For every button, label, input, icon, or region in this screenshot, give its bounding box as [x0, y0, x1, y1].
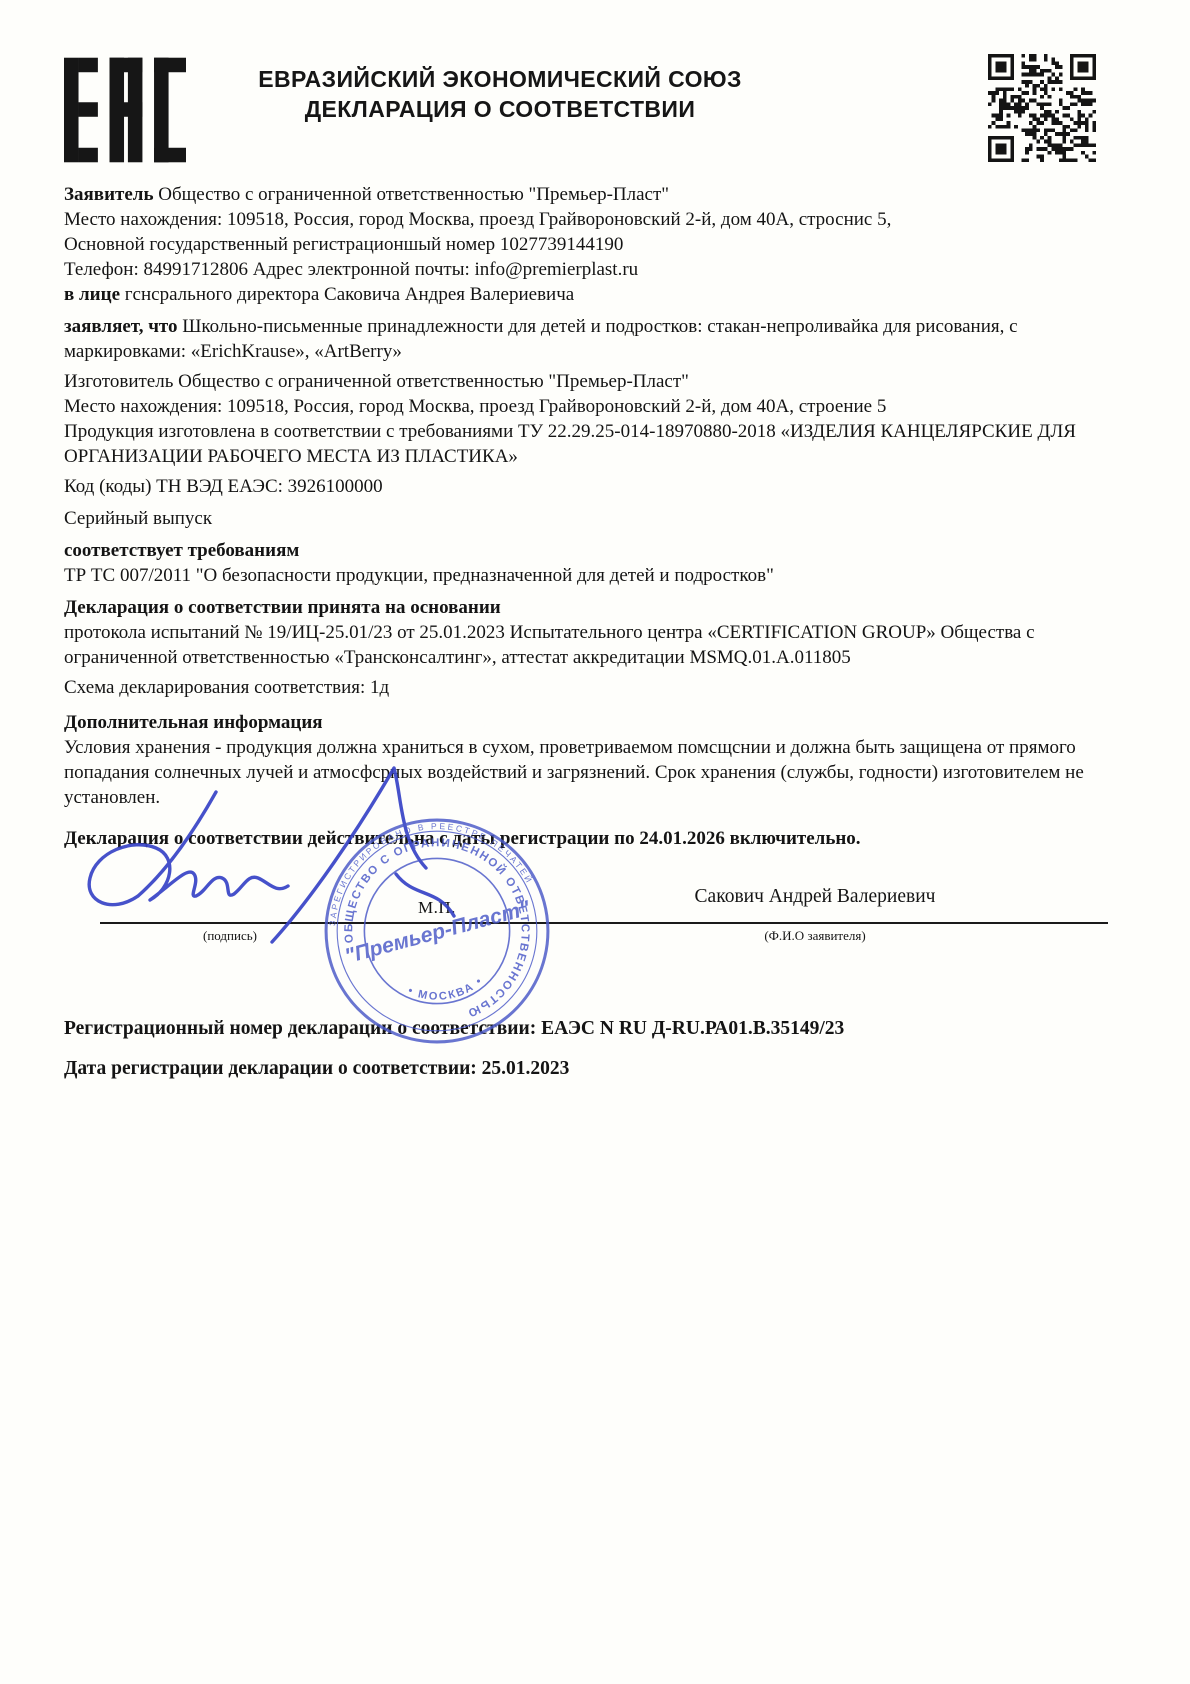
basis-text: протокола испытаний № 19/ИЦ-25.01/23 от …	[64, 620, 1130, 670]
in-person-line: в лице гснсрального директора Саковича А…	[64, 282, 1130, 307]
basis-heading: Декларация о соответствии принята на осн…	[64, 595, 1130, 620]
additional-heading: Дополнительная информация	[64, 710, 1130, 735]
applicant-address: Место нахождения: 109518, Россия, город …	[64, 207, 1130, 232]
scheme-line: Схема декларирования соответствия: 1д	[64, 675, 1130, 700]
registration-date-line: Дата регистрации декларации о соответств…	[64, 1058, 1144, 1080]
fio-caption: (Ф.И.О заявителя)	[600, 928, 1030, 944]
mp-mark: М.П.	[418, 898, 456, 918]
comply-text: ТР ТС 007/2011 "О безопасности продукции…	[64, 563, 1130, 588]
serial-line: Серийный выпуск	[64, 506, 1130, 531]
signature-block: М.П. (подпись) Сакович Андрей Валериевич…	[0, 868, 1190, 984]
stamp-ring-text: ОБЩЕСТВО С ОГРАНИЧЕННОЙ ОТВЕТСТВЕННОСТЬЮ	[331, 825, 543, 1035]
manufacturer-label: Изготовитель	[64, 371, 173, 392]
comply-heading: соответствует требованиям	[64, 538, 1130, 563]
applicant-fio: Сакович Андрей Валериевич	[600, 886, 1030, 908]
applicant-label: Заявитель	[64, 184, 154, 205]
ogrn-line: Основной государственный регистрационшый…	[64, 232, 1130, 257]
svg-text:ОБЩЕСТВО С ОГРАНИЧЕННОЙ ОТВЕТС: ОБЩЕСТВО С ОГРАНИЧЕННОЙ ОТВЕТСТВЕННОСТЬЮ	[331, 825, 543, 1035]
document-header: ЕВРАЗИЙСКИЙ ЭКОНОМИЧЕСКИЙ СОЮЗ ДЕКЛАРАЦИ…	[0, 0, 1190, 172]
production-line: Продукция изготовлена в соответствии с т…	[64, 419, 1130, 469]
registration-number-line: Регистрационный номер декларации о соотв…	[64, 1018, 1144, 1040]
declares-value: Школьно-письменные принадлежности для де…	[64, 316, 1018, 362]
applicant-value: Общество с ограниченной ответственностью…	[158, 184, 669, 205]
declares-label: заявляет, что	[64, 316, 178, 337]
document-title: ЕВРАЗИЙСКИЙ ЭКОНОМИЧЕСКИЙ СОЮЗ ДЕКЛАРАЦИ…	[235, 64, 765, 124]
validity-line: Декларация о соответствии действительна …	[64, 826, 1130, 851]
manufacturer-address: Место нахождения: 109518, Россия, город …	[64, 394, 1130, 419]
declaration-document: ЕВРАЗИЙСКИЙ ЭКОНОМИЧЕСКИЙ СОЮЗ ДЕКЛАРАЦИ…	[0, 0, 1190, 1684]
applicant-line: Заявитель Общество с ограниченной ответс…	[64, 182, 1130, 207]
in-person-value: гснсрального директора Саковича Андрея В…	[125, 284, 574, 305]
declares-line: заявляет, что Школьно-письменные принадл…	[64, 314, 1130, 364]
tnved-line: Код (коды) ТН ВЭД ЕАЭС: 3926100000	[64, 474, 1130, 499]
additional-text: Условия хранения - продукция должна хран…	[64, 735, 1130, 810]
in-person-label: в лице	[64, 284, 120, 305]
eac-logo	[64, 57, 186, 163]
document-title-line2: ДЕКЛАРАЦИЯ О СООТВЕТСТВИИ	[235, 94, 765, 124]
stamp-bottom-text: • МОСКВА •	[405, 974, 488, 1008]
manufacturer-line: Изготовитель Общество с ограниченной отв…	[64, 369, 1130, 394]
qr-code	[988, 54, 1096, 162]
signature-caption: (подпись)	[120, 928, 340, 944]
contacts-line: Телефон: 84991712806 Адрес электронной п…	[64, 257, 1130, 282]
signature-line	[100, 922, 1108, 924]
document-title-line1: ЕВРАЗИЙСКИЙ ЭКОНОМИЧЕСКИЙ СОЮЗ	[235, 64, 765, 94]
manufacturer-value: Общество с ограниченной ответственностью…	[178, 371, 689, 392]
svg-text:• МОСКВА •: • МОСКВА •	[405, 974, 488, 1008]
declaration-body: Заявитель Общество с ограниченной ответс…	[64, 182, 1130, 851]
